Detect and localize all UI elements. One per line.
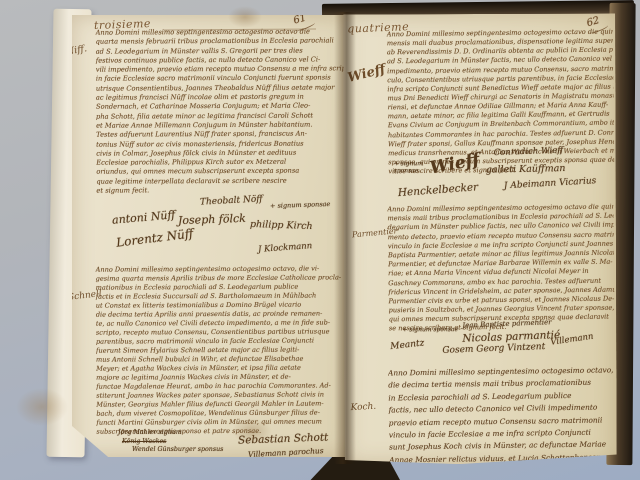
signature: Lorentz Nüff bbox=[115, 226, 194, 249]
signature: Joseph fölck bbox=[178, 212, 246, 227]
gutter-shadow bbox=[334, 12, 356, 464]
signature: J Abeimann Vicarius bbox=[504, 176, 597, 191]
left-page: troisieme 61 Niff. Anno Domini millesimo… bbox=[72, 15, 350, 457]
signature: Villemann parochus bbox=[248, 446, 324, 459]
signature: Wendel Günsburger sponsus bbox=[132, 446, 223, 453]
signature: Theobalt Nöff bbox=[200, 194, 263, 207]
manuscript-line: Annae Mosnier relictus viduus, et Lucia … bbox=[389, 451, 615, 467]
entry-text: Anno Domini millesimo septingentesimo oc… bbox=[96, 27, 347, 196]
signature: galleti Kaüffman bbox=[486, 163, 566, 176]
signature: Sebastian Schott bbox=[238, 431, 329, 446]
manuscript-scan: troisieme 61 Niff. Anno Domini millesimo… bbox=[0, 0, 640, 480]
signature: antoni Nüff bbox=[112, 208, 176, 226]
right-page: quatrieme 62 Wieff Anno Domini millesimo… bbox=[343, 14, 617, 465]
manuscript-line: quarta mensis februarii tribus proclamat… bbox=[96, 37, 346, 48]
signature: Meantz bbox=[390, 338, 425, 352]
signature: Gosem Georg Vintzent bbox=[442, 342, 545, 356]
signature-struck: König Wackes bbox=[122, 438, 166, 445]
signature: philipp Kirch bbox=[250, 219, 313, 232]
signature: Jörg Mahler signum bbox=[118, 429, 182, 436]
entry-text: Anno Domini millesimo septingentesimo oc… bbox=[388, 364, 615, 466]
signature: + signum sponsae bbox=[402, 326, 458, 333]
signature: + signum sponsae bbox=[270, 200, 331, 210]
entry-text: Anno Domini millesimo septingentesimo oc… bbox=[96, 264, 347, 436]
signature: J Klockmann bbox=[258, 241, 313, 255]
entry-text: Anno Domini millesimo septingentesimo oc… bbox=[387, 203, 615, 334]
manuscript-line: et signum fecit. bbox=[96, 185, 346, 196]
signature: + signum sponsae bbox=[394, 160, 434, 174]
signature: Henckelbecker bbox=[397, 181, 478, 199]
